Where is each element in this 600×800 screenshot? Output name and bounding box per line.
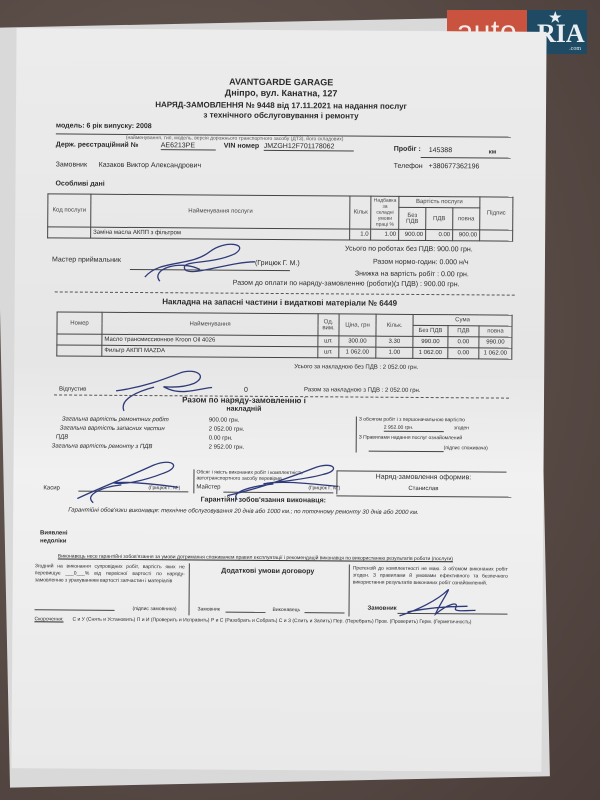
services-total-with-vat: Разом до оплати по наряду-замовленню (ро… <box>233 280 460 289</box>
agree-text: З обсягом робіт і з першоначальною варті… <box>359 417 465 424</box>
col-header-qty: Кільк <box>350 196 371 229</box>
part-qty: 3.30 <box>376 336 413 347</box>
master-label: Мастер приймальник <box>52 256 121 263</box>
part-vat: 0.00 <box>448 337 479 348</box>
issued-by-name: Станислав <box>343 485 503 492</box>
part-price: 1 062.00 <box>339 347 376 358</box>
col-header-code: Код послуги <box>48 194 91 227</box>
summary-value-parts: 2 052.00 грн. <box>209 427 245 433</box>
divider <box>356 417 357 453</box>
table-row: Фильтр АКПП MAZDA шт. 1 062.00 1.00 1 06… <box>57 345 512 359</box>
col-header-vat: ПДВ <box>426 208 453 230</box>
summary-label-vat: ПДВ <box>56 434 69 440</box>
col-header-full: повна <box>453 208 480 230</box>
part-price: 300.00 <box>339 336 376 347</box>
warranty-notice: Виконавець несе гарантійні зобов'язання … <box>58 553 453 562</box>
no-claims-statement: Претензій до комплектності не маю. З об'… <box>353 566 508 588</box>
defects-label: Виявлені <box>40 530 68 536</box>
col-header-number: Номер <box>57 312 102 334</box>
part-qty: 1.00 <box>376 347 413 358</box>
signature-line <box>35 609 115 611</box>
signature-line <box>369 451 444 453</box>
agree-amount: 2 952.00 грн. <box>384 425 444 432</box>
part-number <box>57 345 102 356</box>
mileage-label: Пробіг : <box>394 146 421 153</box>
defects-label-2: недоліки <box>40 538 67 544</box>
parts-table: Номер Найменування Од. вим. Ціна, грн Кі… <box>56 311 512 359</box>
agree-word: згоден <box>454 425 469 431</box>
part-unit: шт. <box>318 336 339 347</box>
part-number <box>57 334 102 345</box>
customer-label: Замовник <box>56 161 87 168</box>
terms-executor-label: Виконавець <box>273 607 301 613</box>
terms-customer-label: Замовник <box>198 606 220 612</box>
issued-by-label: Наряд-замовлення оформив: <box>343 473 503 481</box>
abbreviations-label: Скорочення: <box>34 616 63 622</box>
mileage-value: 145388 <box>429 147 452 154</box>
part-vat: 0.00 <box>448 348 479 359</box>
col-header-part-full: повна <box>479 326 512 337</box>
reg-label: Держ. реєстраційний № <box>56 141 139 149</box>
customer-signature <box>397 586 477 622</box>
summary-label-works: Загальна вартість ремонтних робіт <box>62 416 169 423</box>
service-no-vat: 900.00 <box>399 229 426 240</box>
service-full: 900.00 <box>453 230 480 241</box>
col-header-sum: Сума <box>413 314 512 326</box>
divider <box>55 291 515 295</box>
service-sign <box>480 230 513 241</box>
special-data-label: Особливі дані <box>55 180 104 187</box>
service-vat: 0.00 <box>426 230 453 241</box>
divider <box>336 470 337 494</box>
norm-hours: Разом нормо-годин: 0.000 н/ч <box>373 259 469 267</box>
additional-terms-title: Додаткові умови договору <box>193 567 343 575</box>
divider <box>188 563 189 615</box>
additional-works-consent: Згодний на виконання супровідних робіт, … <box>35 563 185 585</box>
col-header-no-vat: Без ПДВ <box>399 207 426 229</box>
invoice-total-with-vat: Разом за накладною з ПДВ : 2 052.00 грн. <box>304 387 421 394</box>
signature-line <box>305 612 345 613</box>
vehicle-model: модель: 6 рік випуску: 2008 <box>56 122 152 130</box>
cashier-label: Касир <box>43 485 60 491</box>
divider <box>337 470 507 472</box>
rules-acknowledged: З Правилами надання послуг ознайомлений <box>359 435 462 442</box>
col-header-name: Найменування послуги <box>91 194 351 229</box>
released-label: Відпустив <box>59 386 86 392</box>
customer-sign-caption: (підпис замовника) <box>133 606 177 612</box>
service-code <box>48 227 91 238</box>
summary-value-vat: 0.00 грн. <box>209 436 233 442</box>
signature-line <box>226 612 266 613</box>
phone-label: Телефон <box>394 163 423 170</box>
divider <box>348 564 349 616</box>
services-table: Код послуги Найменування послуги Кільк Н… <box>47 193 513 241</box>
reg-value: AE6213PE <box>161 142 216 150</box>
col-header-price: Ціна, грн <box>339 314 376 336</box>
final-customer-label: Замовник <box>368 606 397 612</box>
service-qty: 1.0 <box>350 229 371 240</box>
divider <box>193 469 194 493</box>
vin-label: VIN номер <box>224 143 259 150</box>
table-row: Заміна масла АКПП з фільтром 1.0 1.00 90… <box>48 227 513 241</box>
col-header-part-no-vat: Без ПДВ <box>413 325 448 336</box>
mileage-unit: км <box>489 149 496 155</box>
col-header-part-vat: ПДВ <box>448 326 479 337</box>
foreman-label: Майстер <box>196 484 220 490</box>
col-header-part-name: Найменування <box>102 312 318 336</box>
summary-label-parts: Загальна вартість запасних частин <box>60 425 165 432</box>
summary-label-total: Загальна вартість ремонту з ПДВ <box>52 443 153 450</box>
invoice-title: Накладна на запасні частини і видаткові … <box>15 296 545 309</box>
vehicle-caption: (найменування, тип, модель, версія дорож… <box>126 135 344 143</box>
star-icon: ★ <box>549 12 562 26</box>
warranty-text: Гарантійні обов'язки виконавця: технічне… <box>68 508 419 516</box>
vin-value: JMZGH12F701178062 <box>264 143 354 152</box>
master-signature <box>140 239 260 285</box>
col-header-part-qty: Кільк. <box>376 314 413 336</box>
part-no-vat: 990.00 <box>413 336 448 347</box>
part-unit: шт. <box>318 347 339 358</box>
ria-logo-domain: .com <box>569 46 581 52</box>
phone-value: +380677362196 <box>429 163 480 170</box>
part-no-vat: 1 062.00 <box>413 347 448 358</box>
consumer-sign-caption: (підпис споживача) <box>444 445 488 451</box>
work-order-document: AVANTGARDE GARAGE Дніпро, вул. Канатна, … <box>11 28 546 772</box>
col-header-markup: Надбавка за складні умови праці % <box>371 196 399 229</box>
part-full: 1 062.00 <box>479 348 512 359</box>
service-markup: 1.00 <box>371 229 399 240</box>
service-name: Заміна масла АКПП з фільтром <box>91 227 350 240</box>
part-full: 990.00 <box>479 337 512 348</box>
master-name: (Грицюк Г. М.) <box>255 260 300 267</box>
divider <box>421 157 511 159</box>
services-total-no-vat: Усього по роботах без ПДВ: 900.00 грн. <box>345 245 473 253</box>
customer-name: Казаков Виктор Александрович <box>99 162 202 170</box>
summary-value-total: 2 952.00 грн. <box>209 445 245 451</box>
released-value: 0 <box>244 387 248 394</box>
summary-value-works: 900.00 грн. <box>209 418 240 424</box>
col-header-unit: Од. вим. <box>318 314 339 336</box>
discount: Знижка на вартість робіт : 0.00 грн. <box>355 271 469 279</box>
invoice-total-no-vat: Усього за накладною без ПДВ : 2 052.00 г… <box>294 364 418 371</box>
col-header-cost: Вартість послуги <box>399 196 480 208</box>
part-name: Фильтр АКПП MAZDA <box>102 345 318 358</box>
col-header-sign: Підпис <box>480 197 513 230</box>
